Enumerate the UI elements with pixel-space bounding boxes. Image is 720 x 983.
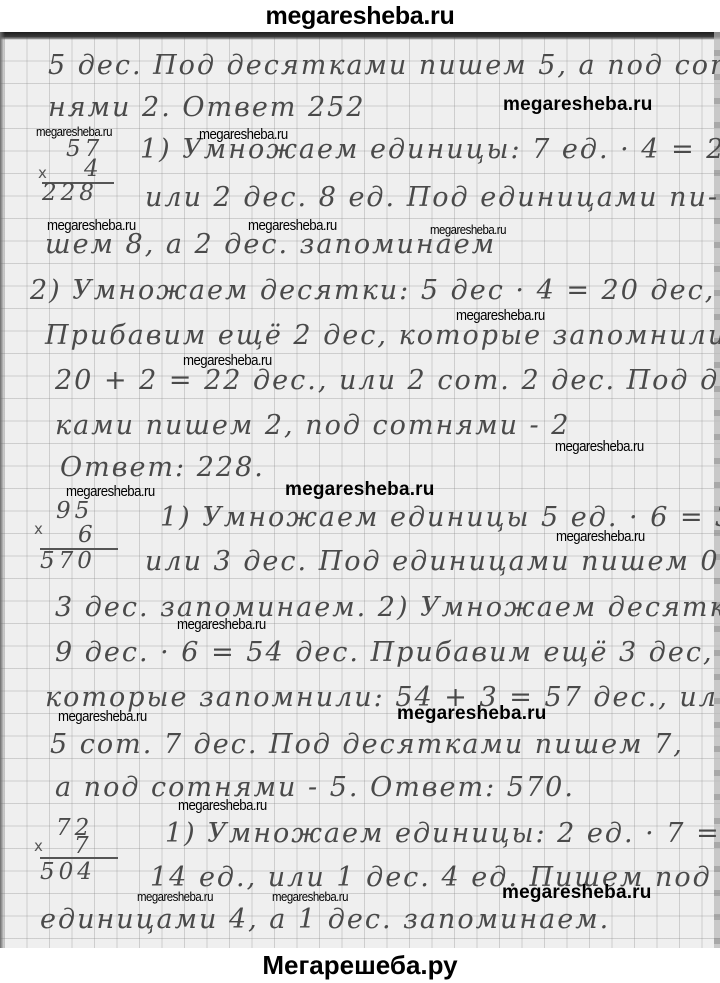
watermark: megaresheba.ru	[199, 126, 288, 143]
handwritten-line: 5 сот. 7 дес. Под десятками пишем 7,	[50, 729, 684, 760]
product: 228	[42, 180, 98, 206]
watermark: megaresheba.ru	[178, 797, 267, 814]
watermark: megaresheba.ru	[456, 307, 545, 324]
watermark: megaresheba.ru	[502, 882, 652, 904]
handwritten-line: нями 2. Ответ 252	[48, 92, 366, 123]
multiply-sign: x	[34, 837, 43, 855]
multiplier: 7	[74, 833, 93, 859]
handwritten-line: Ответ: 228.	[60, 452, 265, 483]
multiplier: 4	[84, 156, 103, 182]
watermark: megaresheba.ru	[556, 528, 645, 545]
watermark: megaresheba.ru	[503, 94, 653, 116]
multiplier: 6	[78, 522, 97, 548]
watermark: megaresheba.ru	[66, 483, 155, 500]
watermark: megaresheba.ru	[285, 479, 435, 501]
paper-top-edge	[0, 32, 720, 40]
handwritten-line: единицами 4, а 1 дес. запоминаем.	[40, 904, 610, 935]
watermark: megaresheba.ru	[36, 124, 112, 139]
handwritten-line: а под сотнями - 5. Ответ: 570.	[55, 772, 575, 803]
handwritten-line: 1) Умножаем единицы: 2 ед. · 7 =	[165, 818, 720, 849]
paper-left-edge	[0, 32, 5, 948]
product: 570	[40, 548, 96, 574]
handwritten-line: 20 + 2 = 22 дес., или 2 сот. 2 дес. Под …	[55, 365, 720, 396]
multiply-sign: x	[34, 520, 43, 538]
handwritten-line: 9 дес. · 6 = 54 дес. Прибавим ещё 3 дес,	[55, 637, 714, 668]
paper-right-edge	[714, 32, 720, 948]
handwritten-line: 5 дес. Под десятками пишем 5, а под сот-	[48, 50, 720, 81]
handwritten-line: 2) Умножаем десятки: 5 дес · 4 = 20 дес,	[30, 275, 715, 306]
notebook-page: 5 дес. Под десятками пишем 5, а под сот-…	[0, 32, 720, 948]
site-footer: Мегарешеба.ру	[0, 948, 720, 983]
handwritten-line: 3 дес. запоминаем. 2) Умножаем десятки	[55, 592, 720, 623]
watermark: megaresheba.ru	[397, 703, 547, 725]
watermark: megaresheba.ru	[183, 352, 272, 369]
watermark: megaresheba.ru	[248, 217, 337, 234]
watermark: megaresheba.ru	[177, 616, 266, 633]
watermark: megaresheba.ru	[58, 708, 147, 725]
handwritten-line: или 3 дес. Под единицами пишем 0, а	[145, 546, 720, 577]
watermark: megaresheba.ru	[137, 889, 213, 904]
product: 504	[40, 859, 96, 885]
handwritten-line: Прибавим ещё 2 дес, которые запомнили.	[45, 320, 720, 351]
site-header: megaresheba.ru	[0, 0, 720, 32]
watermark: megaresheba.ru	[430, 222, 506, 237]
handwritten-line: ками пишем 2, под сотнями - 2	[55, 410, 570, 441]
watermark: megaresheba.ru	[555, 438, 644, 455]
watermark: megaresheba.ru	[47, 217, 136, 234]
handwritten-line: или 2 дес. 8 ед. Под единицами пи-	[145, 182, 719, 213]
watermark: megaresheba.ru	[272, 889, 348, 904]
multiplicand: 95	[56, 498, 93, 524]
